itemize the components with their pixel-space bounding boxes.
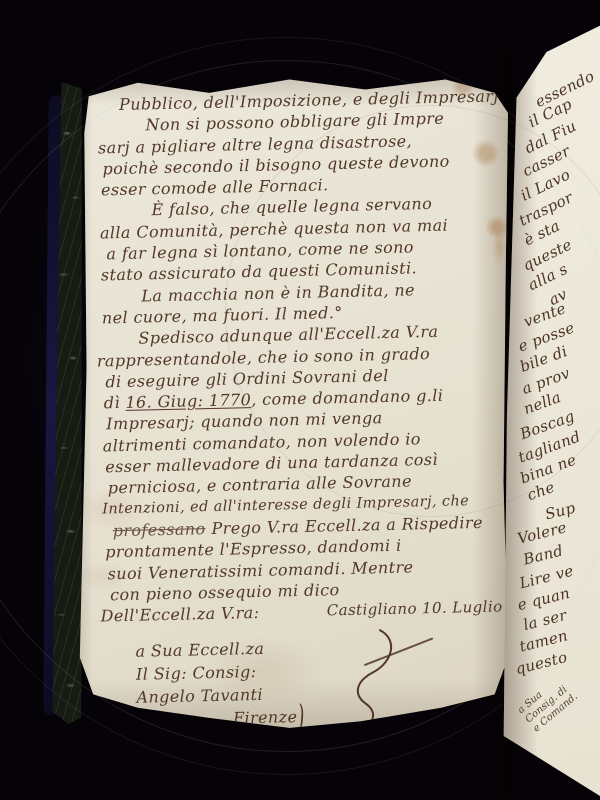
closing-dateline: Castigliano 10. Luglio <box>327 597 503 622</box>
corner-annotation: a Sua Consig. di e Comand. <box>516 673 581 735</box>
underlined-date: 16. Giug: 1770 <box>125 390 251 412</box>
signature-paraph-flourish <box>340 628 402 733</box>
address-block: a Sua Eccell.za Il Sig: Consig: Angelo T… <box>135 632 501 732</box>
left-manuscript-page: Pubblico, dell'Imposizione, e degli Impr… <box>62 66 508 738</box>
manuscript-photo: Pubblico, dell'Imposizione, e degli Impr… <box>0 0 600 800</box>
date-post: , come domandano g.li <box>251 386 444 409</box>
date-pre: dì <box>104 393 126 412</box>
closing-salutation: Dell'Eccell.za V.ra: <box>100 602 259 627</box>
manuscript-text-block: Pubblico, dell'Imposizione, e degli Impr… <box>97 86 501 733</box>
struck-word: professano <box>112 519 205 540</box>
flourish-stroke: ) <box>297 697 305 741</box>
